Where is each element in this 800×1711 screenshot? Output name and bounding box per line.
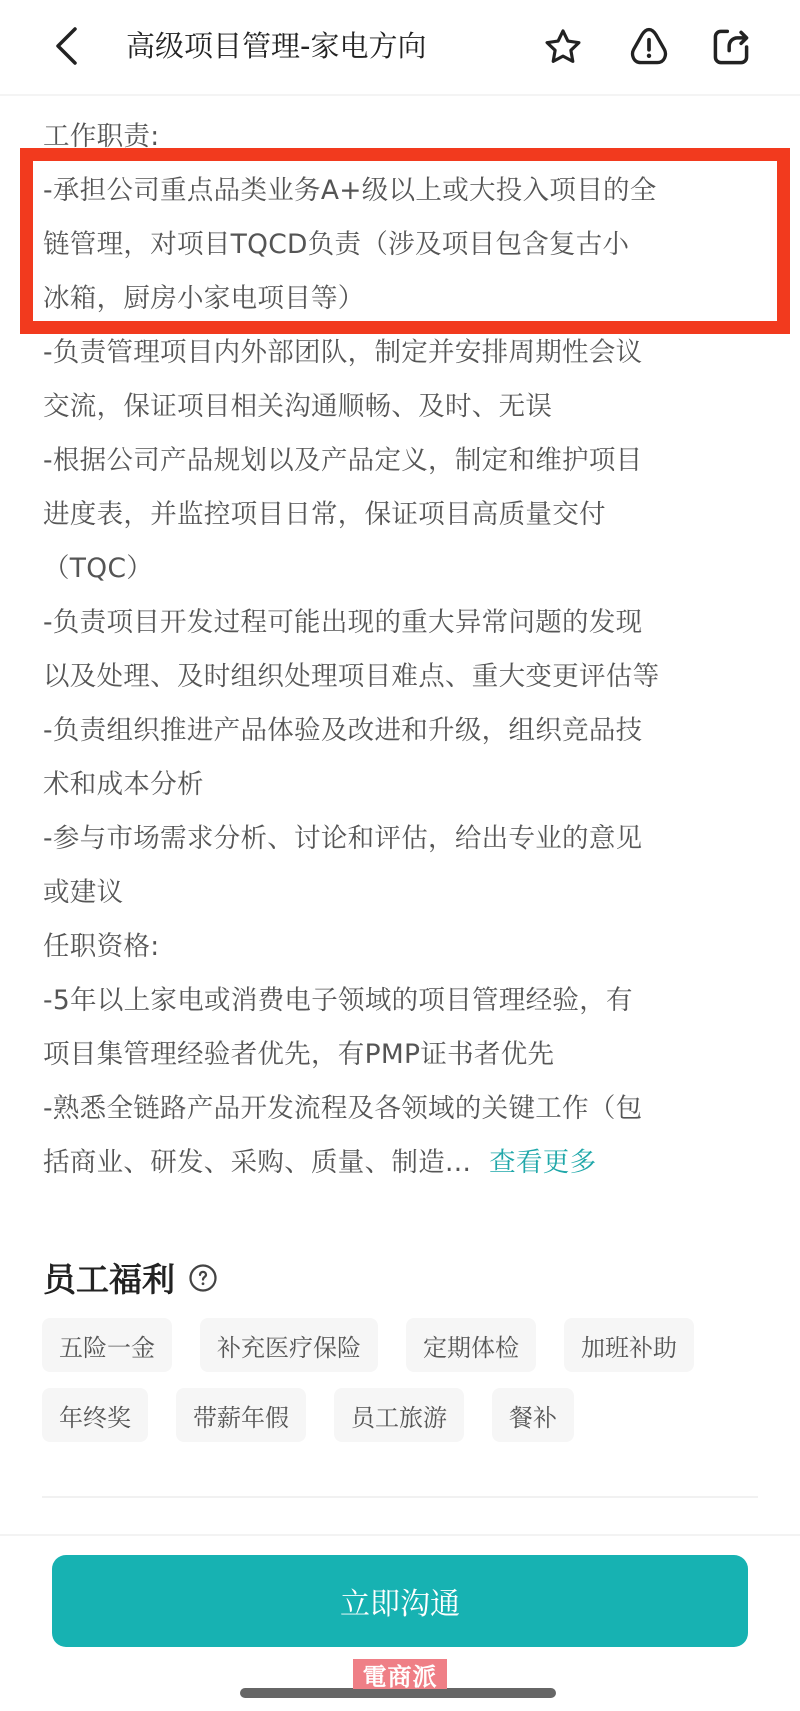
- share-icon: [709, 25, 753, 69]
- description-line: -承担公司重点品类业务A+级以上或大投入项目的全: [43, 164, 763, 218]
- truncated-text: 括商业、研发、采购、质量、制造...: [43, 1147, 471, 1178]
- description-line-truncated: 括商业、研发、采购、质量、制造...查看更多: [43, 1136, 763, 1190]
- section-divider: [42, 1496, 758, 1498]
- question-circle-icon: [188, 1263, 218, 1293]
- benefit-tag: 年终奖: [42, 1388, 148, 1442]
- back-chevron-icon: [53, 26, 79, 66]
- description-line: 进度表，并监控项目日常，保证项目高质量交付: [43, 488, 763, 542]
- benefits-help-button[interactable]: [187, 1262, 219, 1294]
- description-line: 项目集管理经验者优先，有PMP证书者优先: [43, 1028, 763, 1082]
- page-title: 高级项目管理-家电方向: [126, 26, 426, 66]
- description-line: -负责管理项目内外部团队，制定并安排周期性会议: [43, 326, 763, 380]
- description-line: 术和成本分析: [43, 758, 763, 812]
- description-line: （TQC）: [43, 542, 763, 596]
- benefits-tags: 五险一金 补充医疗保险 定期体检 加班补助 年终奖 带薪年假 员工旅游 餐补: [42, 1318, 762, 1442]
- benefit-tag: 员工旅游: [334, 1388, 464, 1442]
- description-line: -参与市场需求分析、讨论和评估，给出专业的意见: [43, 812, 763, 866]
- description-line: -熟悉全链路产品开发流程及各领域的关键工作（包: [43, 1082, 763, 1136]
- benefits-title: 员工福利: [43, 1254, 175, 1301]
- description-line: -5年以上家电或消费电子领域的项目管理经验，有: [43, 974, 763, 1028]
- section-heading-qualifications: 任职资格:: [43, 920, 763, 974]
- description-line: -根据公司产品规划以及产品定义，制定和维护项目: [43, 434, 763, 488]
- benefit-tag: 带薪年假: [176, 1388, 306, 1442]
- description-line: 以及处理、及时组织处理项目难点、重大变更评估等: [43, 650, 763, 704]
- warning-icon: [627, 25, 671, 69]
- job-description: 工作职责: -承担公司重点品类业务A+级以上或大投入项目的全 链管理，对项目TQ…: [43, 110, 763, 1190]
- description-line: -负责项目开发过程可能出现的重大异常问题的发现: [43, 596, 763, 650]
- benefit-tag: 餐补: [492, 1388, 574, 1442]
- description-line: 链管理，对项目TQCD负责（涉及项目包含复古小: [43, 218, 763, 272]
- view-more-link[interactable]: 查看更多: [489, 1147, 596, 1178]
- watermark-logo: 電商派: [353, 1659, 447, 1689]
- benefit-tag: 定期体检: [406, 1318, 536, 1372]
- benefits-header: 员工福利: [43, 1254, 219, 1301]
- description-line: -负责组织推进产品体验及改进和升级，组织竞品技: [43, 704, 763, 758]
- benefit-tag: 加班补助: [564, 1318, 694, 1372]
- description-line: 冰箱，厨房小家电项目等）: [43, 272, 763, 326]
- benefit-tag: 五险一金: [42, 1318, 172, 1372]
- back-button[interactable]: [44, 24, 88, 68]
- report-button[interactable]: [626, 24, 672, 70]
- share-button[interactable]: [708, 24, 754, 70]
- benefit-tag: 补充医疗保险: [200, 1318, 378, 1372]
- chat-now-button[interactable]: 立即沟通: [52, 1555, 748, 1647]
- star-icon: [542, 26, 584, 68]
- section-heading-duties: 工作职责:: [43, 110, 763, 164]
- description-line: 或建议: [43, 866, 763, 920]
- footer-divider: [0, 1534, 800, 1536]
- nav-bar: 高级项目管理-家电方向: [0, 0, 800, 96]
- favorite-button[interactable]: [540, 24, 586, 70]
- description-line: 交流，保证项目相关沟通顺畅、及时、无误: [43, 380, 763, 434]
